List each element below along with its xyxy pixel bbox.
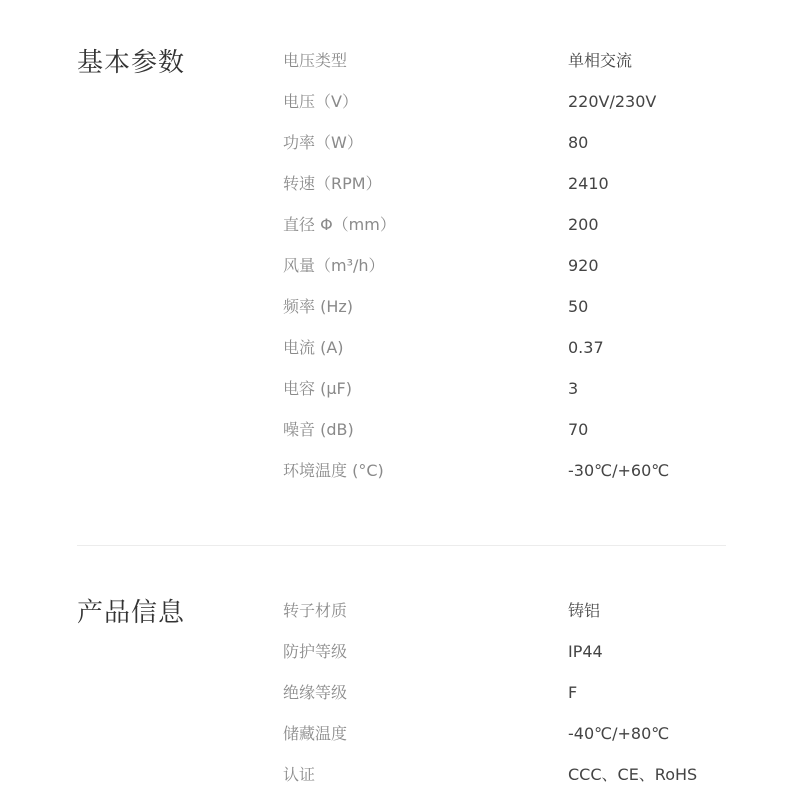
spec-row-power: 功率（W） 80 xyxy=(283,132,726,173)
spec-value: 200 xyxy=(568,214,599,236)
spec-row-insulation-class: 绝缘等级 F xyxy=(283,682,726,723)
spec-label: 频率 (Hz) xyxy=(283,296,353,318)
section-title: 基本参数 xyxy=(77,47,185,79)
spec-value: 220V/230V xyxy=(568,91,656,113)
spec-label: 绝缘等级 xyxy=(283,682,347,704)
spec-row-certification: 认证 CCC、CE、RoHS xyxy=(283,764,726,800)
spec-label: 电压类型 xyxy=(283,50,347,72)
spec-row-airflow: 风量（m³/h） 920 xyxy=(283,255,726,296)
spec-label: 转子材质 xyxy=(283,600,347,622)
spec-row-voltage: 电压（V） 220V/230V xyxy=(283,91,726,132)
spec-label: 储藏温度 xyxy=(283,723,347,745)
spec-row-voltage-type: 电压类型 单相交流 xyxy=(283,50,726,91)
spec-row-current: 电流 (A) 0.37 xyxy=(283,337,726,378)
spec-label: 电压（V） xyxy=(283,91,358,113)
spec-row-speed: 转速（RPM） 2410 xyxy=(283,173,726,214)
spec-label: 噪音 (dB) xyxy=(283,419,354,441)
spec-value: 70 xyxy=(568,419,588,441)
section-divider xyxy=(77,545,726,546)
spec-value: -30℃/+60℃ xyxy=(568,460,669,482)
spec-list: 转子材质 铸铝 防护等级 IP44 绝缘等级 F 储藏温度 -40℃/+80℃ … xyxy=(283,600,726,800)
spec-list: 电压类型 单相交流 电压（V） 220V/230V 功率（W） 80 转速（RP… xyxy=(283,50,726,501)
spec-value: 920 xyxy=(568,255,599,277)
spec-label: 电流 (A) xyxy=(283,337,344,359)
spec-row-capacitance: 电容 (µF) 3 xyxy=(283,378,726,419)
spec-value: -40℃/+80℃ xyxy=(568,723,669,745)
spec-label: 防护等级 xyxy=(283,641,347,663)
spec-row-storage-temperature: 储藏温度 -40℃/+80℃ xyxy=(283,723,726,764)
spec-row-rotor-material: 转子材质 铸铝 xyxy=(283,600,726,641)
spec-label: 直径 Φ（mm） xyxy=(283,214,396,236)
spec-label: 电容 (µF) xyxy=(283,378,352,400)
section-title: 产品信息 xyxy=(77,597,185,629)
spec-value: 单相交流 xyxy=(568,50,632,72)
spec-value: 2410 xyxy=(568,173,609,195)
spec-value: 80 xyxy=(568,132,588,154)
spec-label: 认证 xyxy=(283,764,315,786)
spec-value: 50 xyxy=(568,296,588,318)
spec-label: 环境温度 (°C) xyxy=(283,460,384,482)
spec-value: 0.37 xyxy=(568,337,604,359)
spec-label: 功率（W） xyxy=(283,132,363,154)
spec-row-noise: 噪音 (dB) 70 xyxy=(283,419,726,460)
spec-value: 铸铝 xyxy=(568,600,600,622)
spec-value: CCC、CE、RoHS xyxy=(568,764,697,786)
spec-value: F xyxy=(568,682,577,704)
spec-value: 3 xyxy=(568,378,578,400)
spec-row-protection-class: 防护等级 IP44 xyxy=(283,641,726,682)
spec-label: 转速（RPM） xyxy=(283,173,382,195)
spec-row-diameter: 直径 Φ（mm） 200 xyxy=(283,214,726,255)
spec-value: IP44 xyxy=(568,641,603,663)
spec-row-frequency: 频率 (Hz) 50 xyxy=(283,296,726,337)
spec-row-ambient-temperature: 环境温度 (°C) -30℃/+60℃ xyxy=(283,460,726,501)
spec-label: 风量（m³/h） xyxy=(283,255,385,277)
